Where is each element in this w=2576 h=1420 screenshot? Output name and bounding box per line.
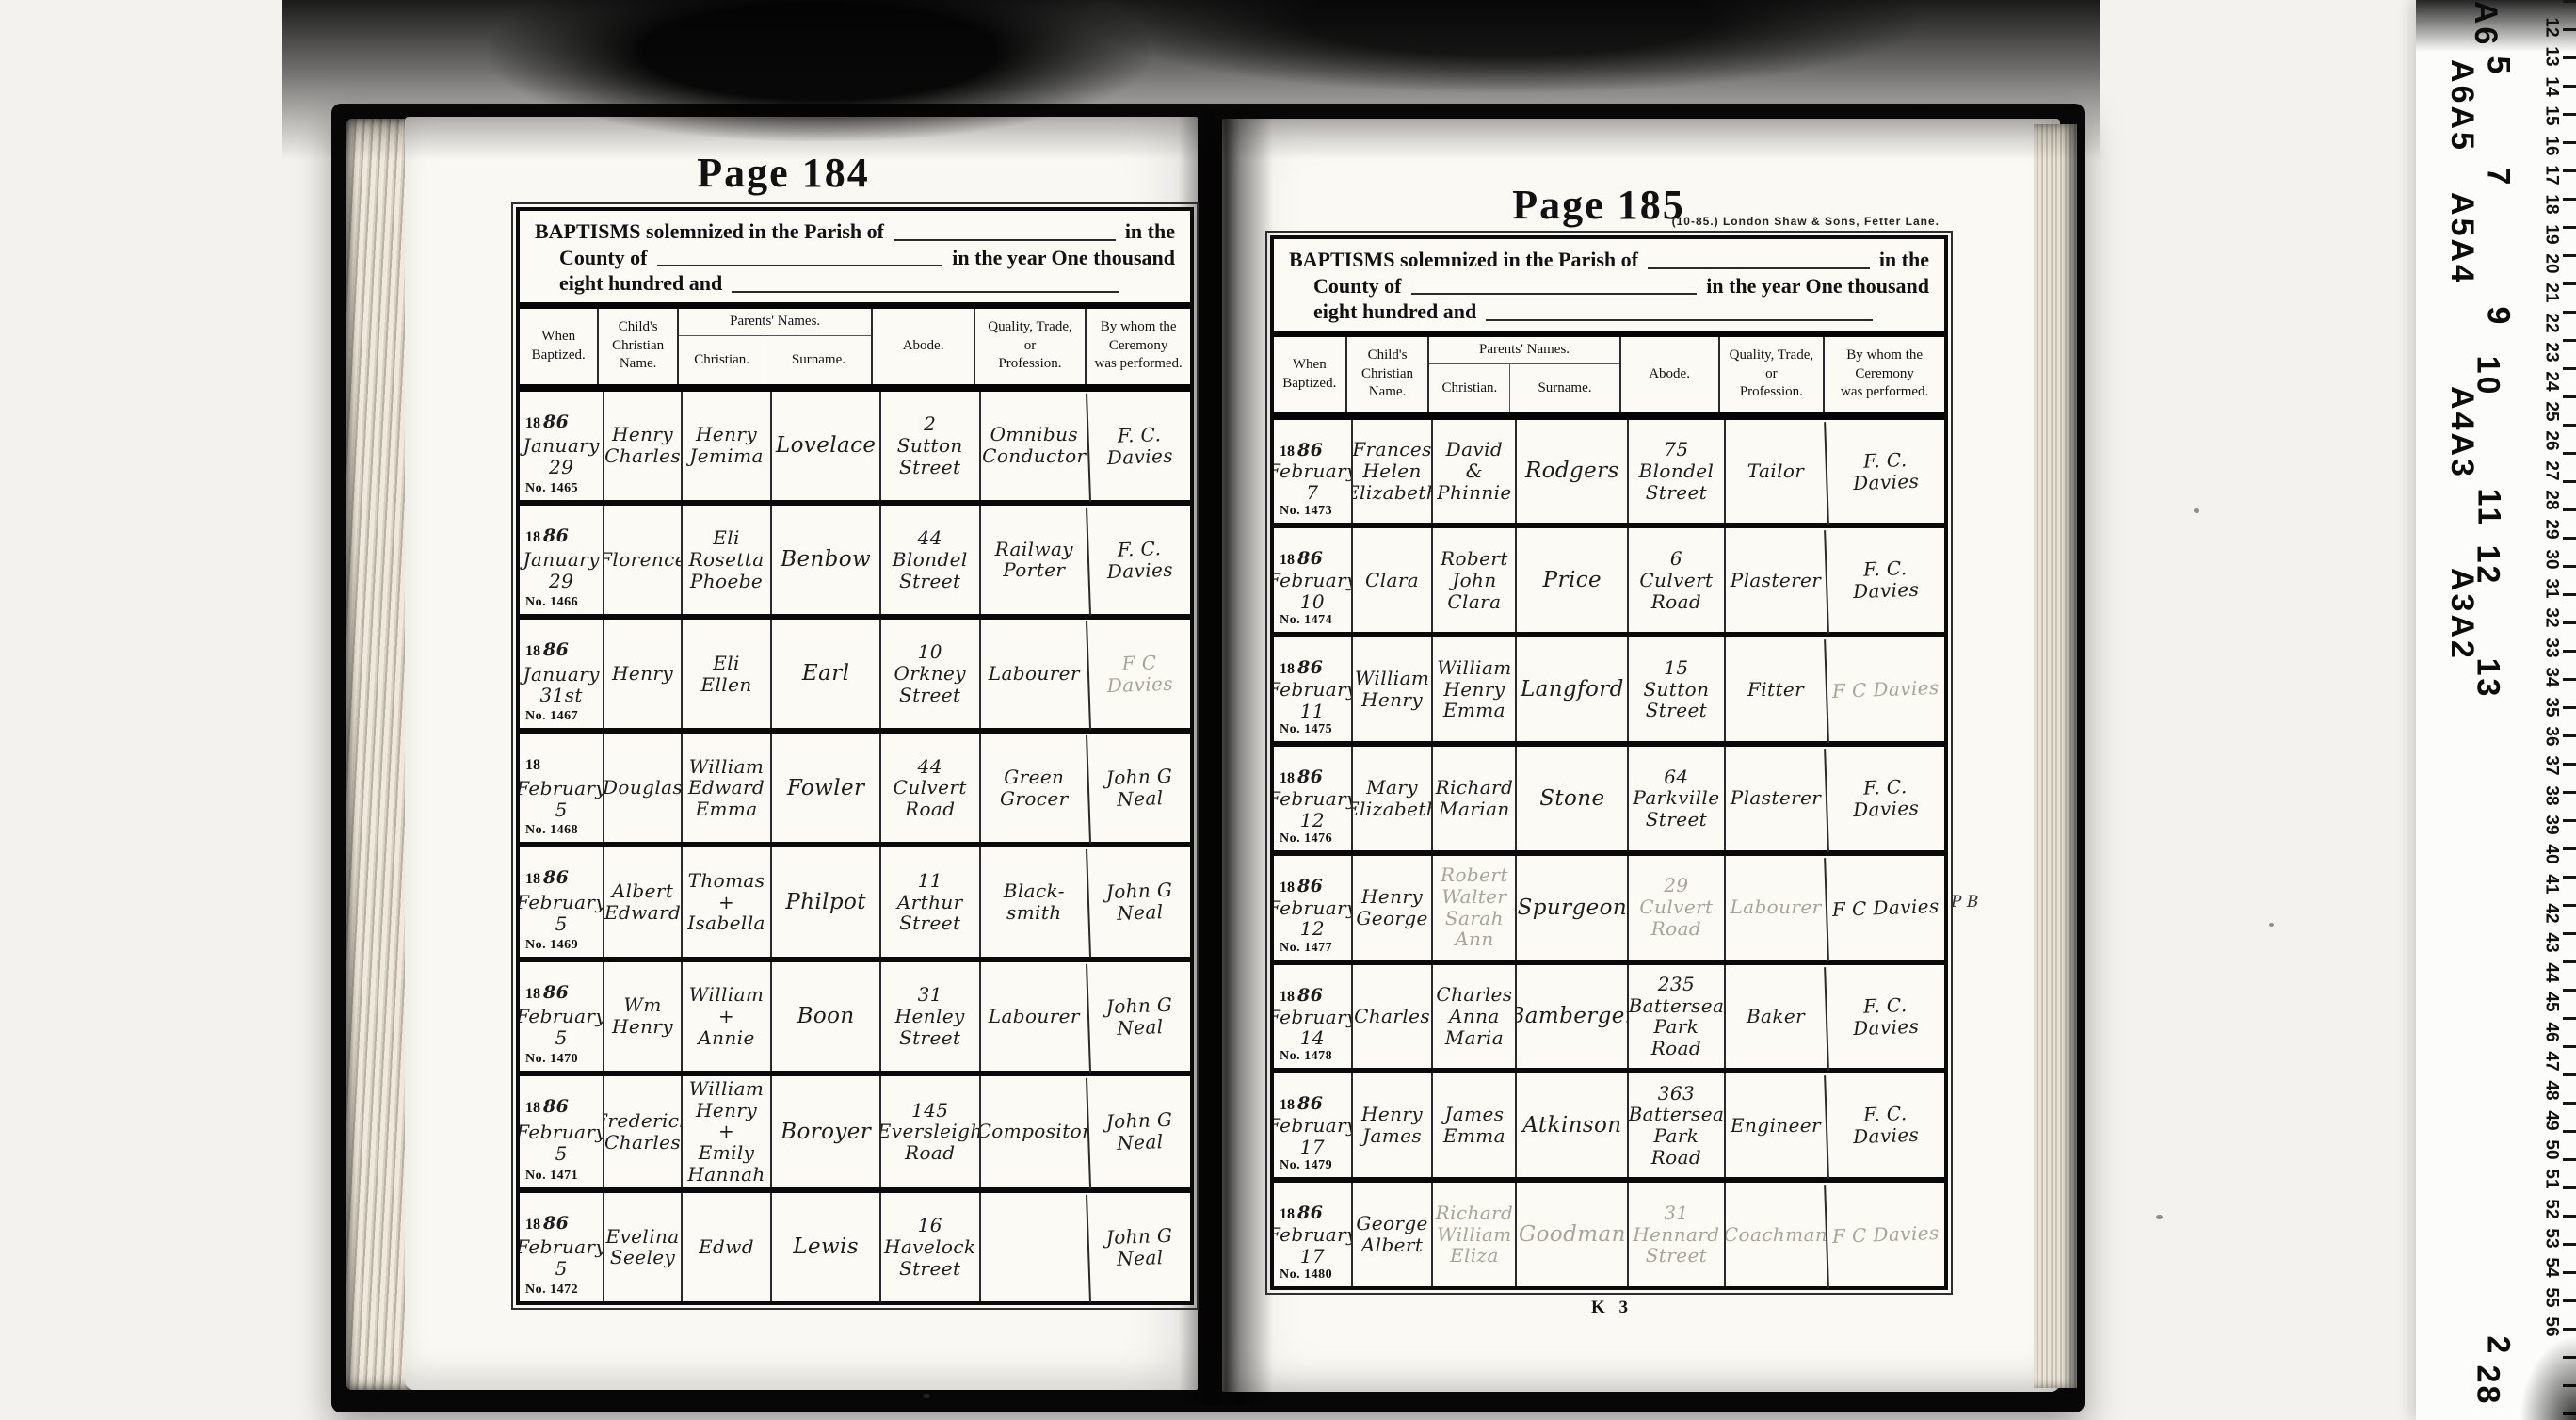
entry-number: No. 1473 [1280, 504, 1332, 519]
baptism-date: February 5 [520, 778, 603, 821]
form-line2-label: County of [559, 245, 648, 271]
right-page-stack-edge [2034, 124, 2077, 1388]
col-header-parents-names: Parents' Names. Christian. Surname. [1427, 337, 1618, 412]
entry-number: No. 1477 [1280, 941, 1332, 956]
entry-number: No. 1475 [1280, 722, 1332, 737]
entry-number: No. 1471 [525, 1169, 578, 1184]
signature-mark: K 3 [1591, 1298, 1633, 1318]
ruler-paper-size-label: 13 [2470, 658, 2506, 700]
year-handwritten: 86 [543, 525, 569, 546]
ruler-tick-number: 15 [2540, 106, 2561, 126]
entry-number: No. 1470 [525, 1052, 578, 1067]
entry-number: No. 1472 [525, 1283, 578, 1298]
year-printed: 18 [1280, 770, 1295, 786]
when-baptized-cell: 1886 February 12 No. 1476 [1274, 747, 1351, 850]
year-printed: 18 [1280, 444, 1295, 460]
table-rows: 1886 February 7 No. 1473 Frances Helen E… [1274, 420, 1944, 1287]
col-header-quality-trade: Quality, Trade, or Profession. [1718, 337, 1824, 412]
child-name-cell: Frederick Charles [603, 1076, 680, 1187]
parent-christian-cell: William Henry + Emily Hannah [681, 1076, 771, 1187]
parent-christian-cell: Richard William Eliza [1431, 1183, 1515, 1286]
ruler-tick-number: 53 [2540, 1229, 2561, 1249]
minister-signature-cell: F. C. Davies [1825, 1072, 1946, 1179]
abode-cell: 75 Blondel Street [1627, 420, 1723, 524]
ruler-tick-number: 20 [2540, 253, 2561, 273]
profession-cell: Labourer [1724, 856, 1827, 960]
minister-signature-cell: F C Davies [1825, 1181, 1946, 1288]
entry-number: No. 1469 [525, 938, 578, 953]
col-header-parents-label: Parents' Names. [1429, 337, 1618, 365]
col-header-childs-name: Child's Christian Name. [597, 309, 676, 384]
baptism-date: February 5 [520, 1121, 603, 1165]
profession-cell: Labourer [979, 962, 1088, 1071]
ruler-paper-size-label: 28 [2470, 1365, 2506, 1407]
col-header-when-baptized: When Baptized. [520, 309, 597, 384]
profession-cell: Tailor [1724, 420, 1827, 524]
ruler-tick-marks [2563, 0, 2576, 1420]
minister-signature-cell: John G Neal [1086, 847, 1192, 959]
blank-line [1648, 266, 1870, 269]
parent-christian-cell: Thomas + Isabella [681, 847, 771, 956]
ruler-tick-number: 35 [2540, 697, 2561, 717]
blank-line [894, 238, 1116, 241]
table-row: 1886 February 7 No. 1473 Frances Helen E… [1274, 420, 1944, 529]
ruler-paper-size-label: 5 [2480, 56, 2517, 77]
minister-signature-cell: F. C. Davies [1825, 526, 1946, 634]
year-handwritten: 86 [1297, 985, 1323, 1006]
col-header-parents-names: Parents' Names. Christian. Surname. [677, 309, 872, 384]
year-printed: 18 [525, 986, 540, 1002]
abode-cell: 31 Hennard Street [1627, 1183, 1723, 1286]
form-line2-suffix: in the year One thousand [1706, 273, 1929, 299]
abode-cell: 15 Sutton Street [1627, 637, 1723, 741]
ruler-paper-size-label: 11 [2471, 489, 2507, 528]
profession-cell: Compositor [979, 1076, 1088, 1187]
parent-christian-cell: Robert John Clara [1431, 528, 1515, 632]
minister-signature-cell: F C Davies [1825, 636, 1946, 743]
minister-signature-cell: John G Neal [1086, 960, 1192, 1073]
ruler-tick-number: 16 [2540, 136, 2561, 155]
year-printed: 18 [1280, 552, 1295, 568]
ruler-tick-number: 12 [2540, 18, 2561, 38]
child-name-cell: Mary Elizabeth [1351, 747, 1432, 850]
ruler-tick-number: 19 [2540, 224, 2561, 244]
entry-number: No. 1478 [1280, 1049, 1332, 1064]
ruler-paper-size-label: 9 [2480, 306, 2517, 327]
child-name-cell: Evelina Seeley [603, 1193, 680, 1301]
baptism-date: February 17 [1274, 1224, 1351, 1267]
col-header-parents-label: Parents' Names. [679, 309, 872, 337]
ruler-tick-number: 55 [2540, 1287, 2561, 1307]
year-handwritten: 86 [543, 411, 569, 432]
child-name-cell: Henry [603, 620, 680, 728]
minister-signature-cell: John G Neal [1086, 1074, 1192, 1189]
ruler-tick-number: 37 [2540, 756, 2561, 776]
table-row: 1886 February 5 No. 1472 Evelina Seeley … [520, 1193, 1190, 1301]
profession-cell: Railway Porter [979, 506, 1088, 614]
page-title-184: Page 184 [633, 149, 934, 197]
parent-surname-cell: Lovelace [770, 392, 879, 500]
ruler-tick-number: 21 [2540, 283, 2561, 303]
year-printed: 18 [525, 415, 540, 431]
table-row: 1886 January 31st No. 1467 Henry Eli Ell… [520, 620, 1190, 734]
ruler-paper-size-label: 7 [2480, 167, 2517, 187]
ruler-paper-size-label: A3A2 [2443, 568, 2480, 661]
minister-signature-cell: John G Neal [1086, 732, 1192, 844]
form-line3-label: eight hundred and [559, 270, 722, 297]
baptism-date: February 11 [1274, 679, 1351, 722]
baptism-date: January 29 [523, 549, 600, 592]
minister-signature-cell: F. C. Davies [1086, 390, 1192, 502]
profession-cell [979, 1193, 1088, 1301]
ruler-tick-number: 49 [2540, 1110, 2561, 1130]
col-header-abode: Abode. [871, 309, 973, 384]
ruler-tick-number: 43 [2540, 933, 2561, 953]
year-printed: 18 [1280, 879, 1295, 896]
baptism-date: February 7 [1274, 460, 1351, 504]
parent-surname-cell: Spurgeon [1515, 856, 1627, 960]
ruler-tick-number: 18 [2540, 195, 2561, 215]
table-row: 1886 February 5 No. 1471 Frederick Charl… [520, 1076, 1190, 1193]
form-line3-label: eight hundred and [1313, 299, 1476, 325]
abode-cell: 145 Eversleigh Road [879, 1076, 979, 1187]
form-heading: BAPTISMS solemnized in the Parish of in … [520, 211, 1190, 309]
ruler-tick-number: 13 [2540, 47, 2561, 67]
parent-christian-cell: Edwd [681, 1193, 771, 1301]
minister-signature-cell: John G Neal [1086, 1191, 1192, 1303]
when-baptized-cell: 1886 February 7 No. 1473 [1274, 420, 1351, 524]
minister-signature-cell: F. C. Davies [1825, 962, 1946, 1070]
child-name-cell: Florence [603, 506, 680, 614]
profession-cell: Plasterer [1724, 528, 1827, 632]
ruler-tick-number: 14 [2540, 76, 2561, 96]
abode-cell: 363 Battersea Park Road [1627, 1073, 1723, 1177]
table-row: 1886 February 5 No. 1470 Wm Henry Willia… [520, 962, 1190, 1076]
when-baptized-cell: 1886 January 29 No. 1466 [520, 506, 603, 614]
abode-cell: 2 Sutton Street [879, 392, 979, 500]
minister-signature-cell: F C Davies [1086, 618, 1192, 730]
profession-cell: Omnibus Conductor [979, 392, 1088, 500]
table-row: 1886 January 29 No. 1465 Henry Charles H… [520, 392, 1190, 506]
baptism-date: February 5 [520, 1006, 603, 1049]
ruler-tick-number: 41 [2540, 874, 2561, 894]
ruler-tick-number: 40 [2540, 845, 2561, 864]
baptism-register-table-left: BAPTISMS solemnized in the Parish of in … [516, 207, 1194, 1305]
table-row: 1886 February 14 No. 1478 Charles Charle… [1274, 965, 1944, 1074]
abode-cell: 16 Havelock Street [879, 1193, 979, 1301]
table-row: 1886 February 12 No. 1476 Mary Elizabeth… [1274, 747, 1944, 856]
parent-surname-cell: Rodgers [1515, 420, 1627, 524]
baptism-date: February 12 [1274, 788, 1351, 831]
ruler-tick-number: 32 [2540, 608, 2561, 628]
child-name-cell: Henry James [1351, 1073, 1432, 1177]
parent-surname-cell: Price [1515, 528, 1627, 632]
parent-surname-cell: Lewis [770, 1193, 879, 1301]
col-header-by-whom: By whom the Ceremony was performed. [1085, 309, 1190, 384]
ruler-tick-number: 36 [2540, 726, 2561, 746]
when-baptized-cell: 1886 February 12 No. 1477 [1274, 856, 1351, 960]
minister-signature-cell: F. C. Davies [1825, 745, 1946, 852]
ruler-tick-number: 46 [2540, 1022, 2561, 1041]
ruler-tick-number: 44 [2540, 962, 2561, 982]
baptism-date: February 5 [520, 892, 603, 935]
form-line1-label: BAPTISMS solemnized in the Parish of [535, 218, 884, 245]
baptism-date: February 10 [1274, 570, 1351, 613]
col-header-quality-trade: Quality, Trade, or Profession. [974, 309, 1086, 384]
year-printed: 18 [1280, 661, 1295, 677]
ruler-tick-number: 28 [2540, 490, 2561, 509]
profession-cell: Engineer [1724, 1073, 1827, 1177]
year-handwritten: 86 [543, 1096, 569, 1117]
year-printed: 18 [1280, 1097, 1295, 1113]
baptism-date: February 17 [1274, 1115, 1351, 1158]
form-heading: BAPTISMS solemnized in the Parish of in … [1274, 239, 1944, 337]
form-line2-suffix: in the year One thousand [952, 245, 1175, 271]
table-row: 1886 February 17 No. 1480 George Albert … [1274, 1183, 1944, 1286]
ruler-tick-number: 52 [2540, 1199, 2561, 1218]
ruler-tick-number: 25 [2540, 401, 2561, 421]
ruler-tick-number: 56 [2540, 1317, 2561, 1337]
profession-cell: Fitter [1724, 637, 1827, 741]
form-line1-suffix: in the [1125, 218, 1175, 245]
entry-number: No. 1476 [1280, 831, 1332, 847]
parent-surname-cell: Benbow [770, 506, 879, 614]
parent-christian-cell: David & Phinnie [1431, 420, 1515, 524]
blank-line [1486, 318, 1873, 321]
baptism-date: February 5 [520, 1236, 603, 1280]
entry-number: No. 1479 [1280, 1158, 1332, 1173]
profession-cell: Labourer [979, 620, 1088, 728]
parent-surname-cell: Goodman [1515, 1183, 1627, 1286]
child-name-cell: Clara [1351, 528, 1432, 632]
parent-christian-cell: Henry Jemima [681, 392, 771, 500]
entry-number: No. 1480 [1280, 1267, 1332, 1283]
table-row: 1886 January 29 No. 1466 Florence Eli Ro… [520, 506, 1190, 620]
ruler-paper-size-label: A6 [2467, 1, 2504, 47]
col-header-parent-surname: Surname. [765, 336, 871, 383]
abode-cell: 10 Orkney Street [879, 620, 979, 728]
entry-number: No. 1474 [1280, 613, 1332, 628]
ruler-tick-number: 27 [2540, 460, 2561, 480]
year-handwritten: 86 [543, 639, 569, 660]
blank-line [732, 290, 1119, 293]
entry-number: No. 1466 [525, 595, 578, 610]
entry-number: No. 1465 [525, 481, 578, 496]
ruler-tick-number: 42 [2540, 904, 2561, 924]
child-name-cell: Henry Charles [603, 392, 680, 500]
ruler-paper-size-label: A6A5 [2443, 60, 2480, 153]
parent-christian-cell: Robert Walter Sarah Ann [1431, 856, 1515, 960]
ruler-tick-number: 31 [2540, 578, 2561, 598]
baptism-date: February 14 [1274, 1007, 1351, 1050]
when-baptized-cell: 1886 February 10 No. 1474 [1274, 528, 1351, 632]
parent-surname-cell: Bamberger [1515, 965, 1627, 1069]
table-row: 18 February 5 No. 1468 Douglas William E… [520, 734, 1190, 847]
year-printed: 18 [1280, 1206, 1295, 1222]
parent-surname-cell: Fowler [770, 734, 879, 842]
child-name-cell: Wm Henry [603, 962, 680, 1071]
profession-cell: Coachman [1724, 1183, 1827, 1286]
parent-christian-cell: William Henry Emma [1431, 637, 1515, 741]
ruler-tick-number: 39 [2540, 815, 2561, 834]
form-line2-label: County of [1313, 273, 1402, 299]
when-baptized-cell: 1886 February 17 No. 1479 [1274, 1073, 1351, 1177]
ruler-tick-number: 22 [2540, 313, 2561, 332]
ruler-paper-size-label: 2 [2480, 1336, 2517, 1357]
when-baptized-cell: 1886 February 5 No. 1470 [520, 962, 603, 1071]
parent-surname-cell: Stone [1515, 747, 1627, 850]
year-handwritten: 86 [1297, 548, 1323, 569]
table-row: 1886 February 5 No. 1469 Albert Edward T… [520, 847, 1190, 961]
year-handwritten: 86 [1297, 766, 1323, 787]
baptism-date: January 29 [523, 435, 600, 478]
year-handwritten: 86 [543, 1213, 569, 1234]
col-header-parent-christian: Christian. [1429, 364, 1509, 411]
year-handwritten: 86 [1297, 1202, 1323, 1223]
parent-christian-cell: Richard Marian [1431, 747, 1515, 850]
when-baptized-cell: 1886 February 5 No. 1471 [520, 1076, 603, 1187]
year-printed: 18 [525, 1217, 540, 1233]
profession-cell: Green Grocer [979, 734, 1088, 842]
profession-cell: Black- smith [979, 847, 1088, 956]
ruler-tick-number: 45 [2540, 992, 2561, 1012]
ruler-tick-number: 47 [2540, 1051, 2561, 1071]
profession-cell: Baker [1724, 965, 1827, 1069]
year-printed: 18 [525, 1100, 540, 1116]
ruler-tick-number: 48 [2540, 1081, 2561, 1101]
baptism-date: January 31st [523, 664, 600, 707]
parent-surname-cell: Boroyer [770, 1076, 879, 1187]
ruler-tick-number: 54 [2540, 1258, 2561, 1278]
col-header-abode: Abode. [1619, 337, 1718, 412]
calibration-ruler: 1213141516171819202122232425262728293031… [2416, 0, 2576, 1420]
ruler-paper-size-label: A4A3 [2443, 386, 2480, 479]
col-header-parent-christian: Christian. [679, 336, 765, 383]
ruler-tick-number: 17 [2540, 165, 2561, 185]
scan-shadow-blob [1083, 0, 1930, 94]
child-name-cell: George Albert [1351, 1183, 1432, 1286]
form-line1-label: BAPTISMS solemnized in the Parish of [1289, 247, 1638, 273]
parent-surname-cell: Langford [1515, 637, 1627, 741]
year-printed: 18 [525, 529, 540, 545]
year-printed: 18 [525, 643, 540, 659]
parent-surname-cell: Boon [770, 962, 879, 1071]
child-name-cell: William Henry [1351, 637, 1432, 741]
year-printed: 18 [1280, 989, 1295, 1005]
child-name-cell: Frances Helen Elizabeth [1351, 420, 1432, 524]
when-baptized-cell: 1886 January 29 No. 1465 [520, 392, 603, 500]
year-handwritten: 86 [1297, 1093, 1323, 1114]
abode-cell: 44 Culvert Road [879, 734, 979, 842]
year-printed: 18 [525, 871, 540, 887]
ruler-tick-number: 29 [2540, 520, 2561, 540]
register-book-scan: Page 184 Page 185 (10-85.) London Shaw &… [0, 0, 2576, 1420]
ruler-tick-number: 24 [2540, 372, 2561, 392]
ruler-tick-number: 26 [2540, 431, 2561, 451]
table-rows: 1886 January 29 No. 1465 Henry Charles H… [520, 392, 1190, 1302]
child-name-cell: Albert Edward [603, 847, 680, 956]
parent-surname-cell: Earl [770, 620, 879, 728]
ruler-tick-number: 23 [2540, 343, 2561, 363]
ink-speck [923, 1394, 930, 1398]
parent-christian-cell: Eli Ellen [681, 620, 771, 728]
when-baptized-cell: 1886 February 11 No. 1475 [1274, 637, 1351, 741]
minister-signature-cell: F C Davies [1825, 854, 1946, 961]
ink-speck [2156, 1215, 2163, 1219]
baptism-register-table-right: BAPTISMS solemnized in the Parish of in … [1270, 235, 1948, 1290]
abode-cell: 6 Culvert Road [1627, 528, 1723, 632]
ink-speck [2194, 508, 2199, 513]
minister-signature-cell: F. C. Davies [1825, 417, 1946, 524]
when-baptized-cell: 18 February 5 No. 1468 [520, 734, 603, 842]
margin-note: P B [1951, 893, 1978, 912]
table-row: 1886 February 10 No. 1474 Clara Robert J… [1274, 528, 1944, 637]
when-baptized-cell: 1886 February 5 No. 1472 [520, 1193, 603, 1301]
column-headers: When Baptized. Child's Christian Name. P… [520, 309, 1190, 392]
column-headers: When Baptized. Child's Christian Name. P… [1274, 337, 1944, 420]
parent-christian-cell: Charles Anna Maria [1431, 965, 1515, 1069]
table-row: 1886 February 12 No. 1477 Henry George R… [1274, 856, 1944, 965]
ruler-paper-size-label: A5A4 [2443, 192, 2480, 285]
col-header-when-baptized: When Baptized. [1274, 337, 1345, 412]
year-handwritten: 86 [1297, 440, 1323, 460]
parent-christian-cell: William + Annie [681, 962, 771, 1071]
parent-surname-cell: Atkinson [1515, 1073, 1627, 1177]
printer-imprint: (10-85.) London Shaw & Sons, Fetter Lane… [1544, 215, 1940, 228]
minister-signature-cell: F. C. Davies [1086, 504, 1192, 616]
blank-line [657, 264, 943, 266]
year-handwritten: 86 [1297, 876, 1323, 896]
col-header-childs-name: Child's Christian Name. [1345, 337, 1428, 412]
abode-cell: 31 Henley Street [879, 962, 979, 1071]
parent-christian-cell: James Emma [1431, 1073, 1515, 1177]
ruler-tick-number: 33 [2540, 637, 2561, 657]
abode-cell: 29 Culvert Road [1627, 856, 1723, 960]
abode-cell: 64 Parkville Street [1627, 747, 1723, 850]
when-baptized-cell: 1886 February 5 No. 1469 [520, 847, 603, 956]
abode-cell: 11 Arthur Street [879, 847, 979, 956]
year-handwritten: 86 [543, 982, 569, 1003]
entry-number: No. 1468 [525, 823, 578, 838]
child-name-cell: Douglas [603, 734, 680, 842]
ink-speck [2269, 923, 2274, 927]
year-printed: 18 [525, 757, 540, 773]
child-name-cell: Charles [1351, 965, 1432, 1069]
ruler-tick-number: 34 [2540, 668, 2561, 687]
child-name-cell: Henry George [1351, 856, 1432, 960]
ruler-tick-number: 30 [2540, 549, 2561, 569]
profession-cell: Plasterer [1724, 747, 1827, 850]
when-baptized-cell: 1886 January 31st No. 1467 [520, 620, 603, 728]
when-baptized-cell: 1886 February 17 No. 1480 [1274, 1183, 1351, 1286]
year-handwritten: 86 [1297, 657, 1323, 678]
entry-number: No. 1467 [525, 709, 578, 724]
blank-line [1411, 292, 1698, 295]
abode-cell: 44 Blondel Street [879, 506, 979, 614]
year-handwritten: 86 [543, 867, 569, 888]
ruler-tick-number: 51 [2540, 1170, 2561, 1189]
ruler-tick-number: 38 [2540, 785, 2561, 805]
col-header-by-whom: By whom the Ceremony was performed. [1823, 337, 1944, 412]
parent-surname-cell: Philpot [770, 847, 879, 956]
parent-christian-cell: William Edward Emma [681, 734, 771, 842]
ruler-tick-number: 50 [2540, 1139, 2561, 1159]
form-line1-suffix: in the [1879, 247, 1929, 273]
table-row: 1886 February 11 No. 1475 William Henry … [1274, 637, 1944, 747]
when-baptized-cell: 1886 February 14 No. 1478 [1274, 965, 1351, 1069]
parent-christian-cell: Eli Rosetta Phoebe [681, 506, 771, 614]
col-header-parent-surname: Surname. [1509, 364, 1618, 411]
